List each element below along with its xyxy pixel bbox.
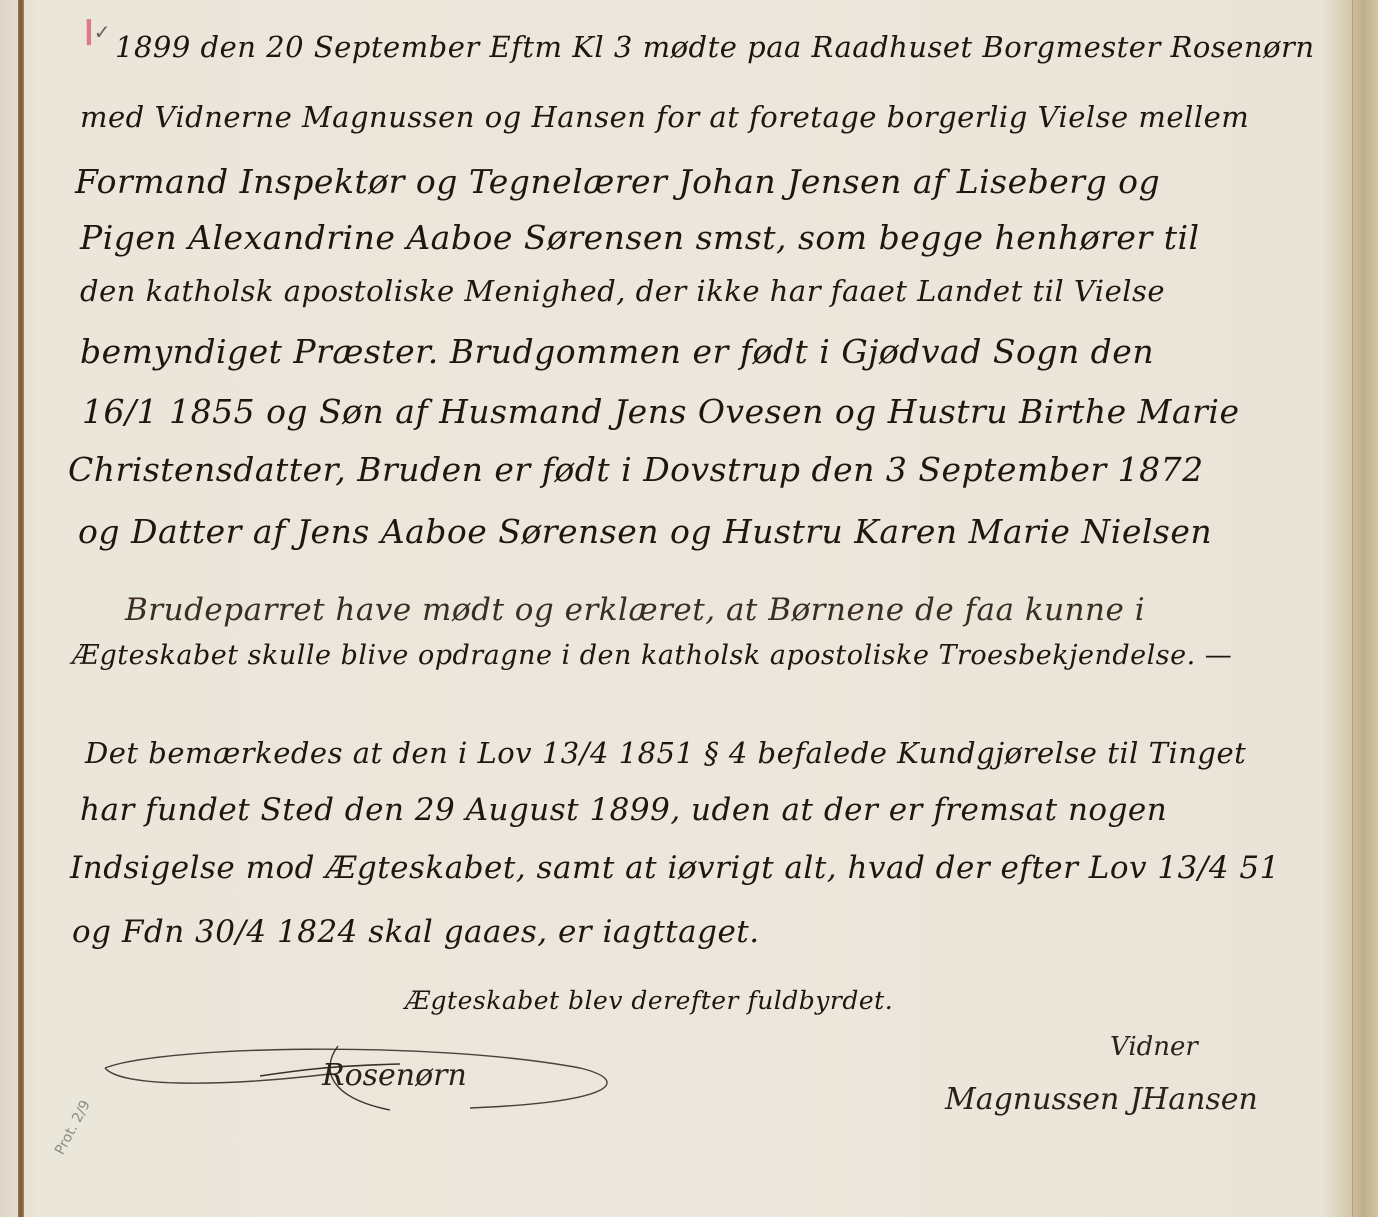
text-line-7: 16/1 1855 og Søn af Husmand Jens Ovesen … [82,392,1239,431]
text-line-16: Ægteskabet blev derefter fuldbyrdet. [405,986,893,1015]
text-line-15: og Fdn 30/4 1824 skal gaaes, er iagttage… [72,914,760,950]
text-line-8: Christensdatter, Bruden er født i Dovstr… [68,450,1204,489]
text-line-11: Ægteskabet skulle blive opdragne i den k… [72,640,1232,671]
text-line-10: Brudeparret have mødt og erklæret, at Bø… [125,592,1145,628]
pencil-annotation: Prot. 2/9 [52,1098,94,1158]
text-line-6: bemyndiget Præster. Brudgommen er født i… [80,332,1154,371]
text-line-5: den katholsk apostoliske Menighed, der i… [80,274,1165,308]
text-line-4: Pigen Alexandrine Aaboe Sørensen smst, s… [80,218,1200,257]
witness-signature-1: Magnussen [945,1082,1119,1117]
page-edge [1352,0,1378,1217]
witnesses-label: Vidner [1110,1032,1198,1062]
text-line-2: med Vidnerne Magnussen og Hansen for at … [80,100,1249,134]
text-line-1: 1899 den 20 September Eftm Kl 3 mødte pa… [115,30,1315,64]
binding-edge [18,0,24,1217]
document-page: ❙✓ 1899 den 20 September Eftm Kl 3 mødte… [0,0,1378,1217]
margin-check-mark-icon: ❙✓ [78,18,111,44]
text-line-13: har fundet Sted den 29 August 1899, uden… [80,792,1167,828]
official-signature: Rosenørn [322,1058,467,1093]
text-line-14: Indsigelse mod Ægteskabet, samt at iøvri… [70,850,1280,886]
text-line-3: Formand Inspektør og Tegnelærer Johan Je… [75,162,1160,201]
text-line-12: Det bemærkedes at den i Lov 13/4 1851 § … [85,736,1246,770]
witness-signature-2: JHansen [1130,1082,1258,1117]
text-line-9: og Datter af Jens Aaboe Sørensen og Hust… [78,512,1212,551]
